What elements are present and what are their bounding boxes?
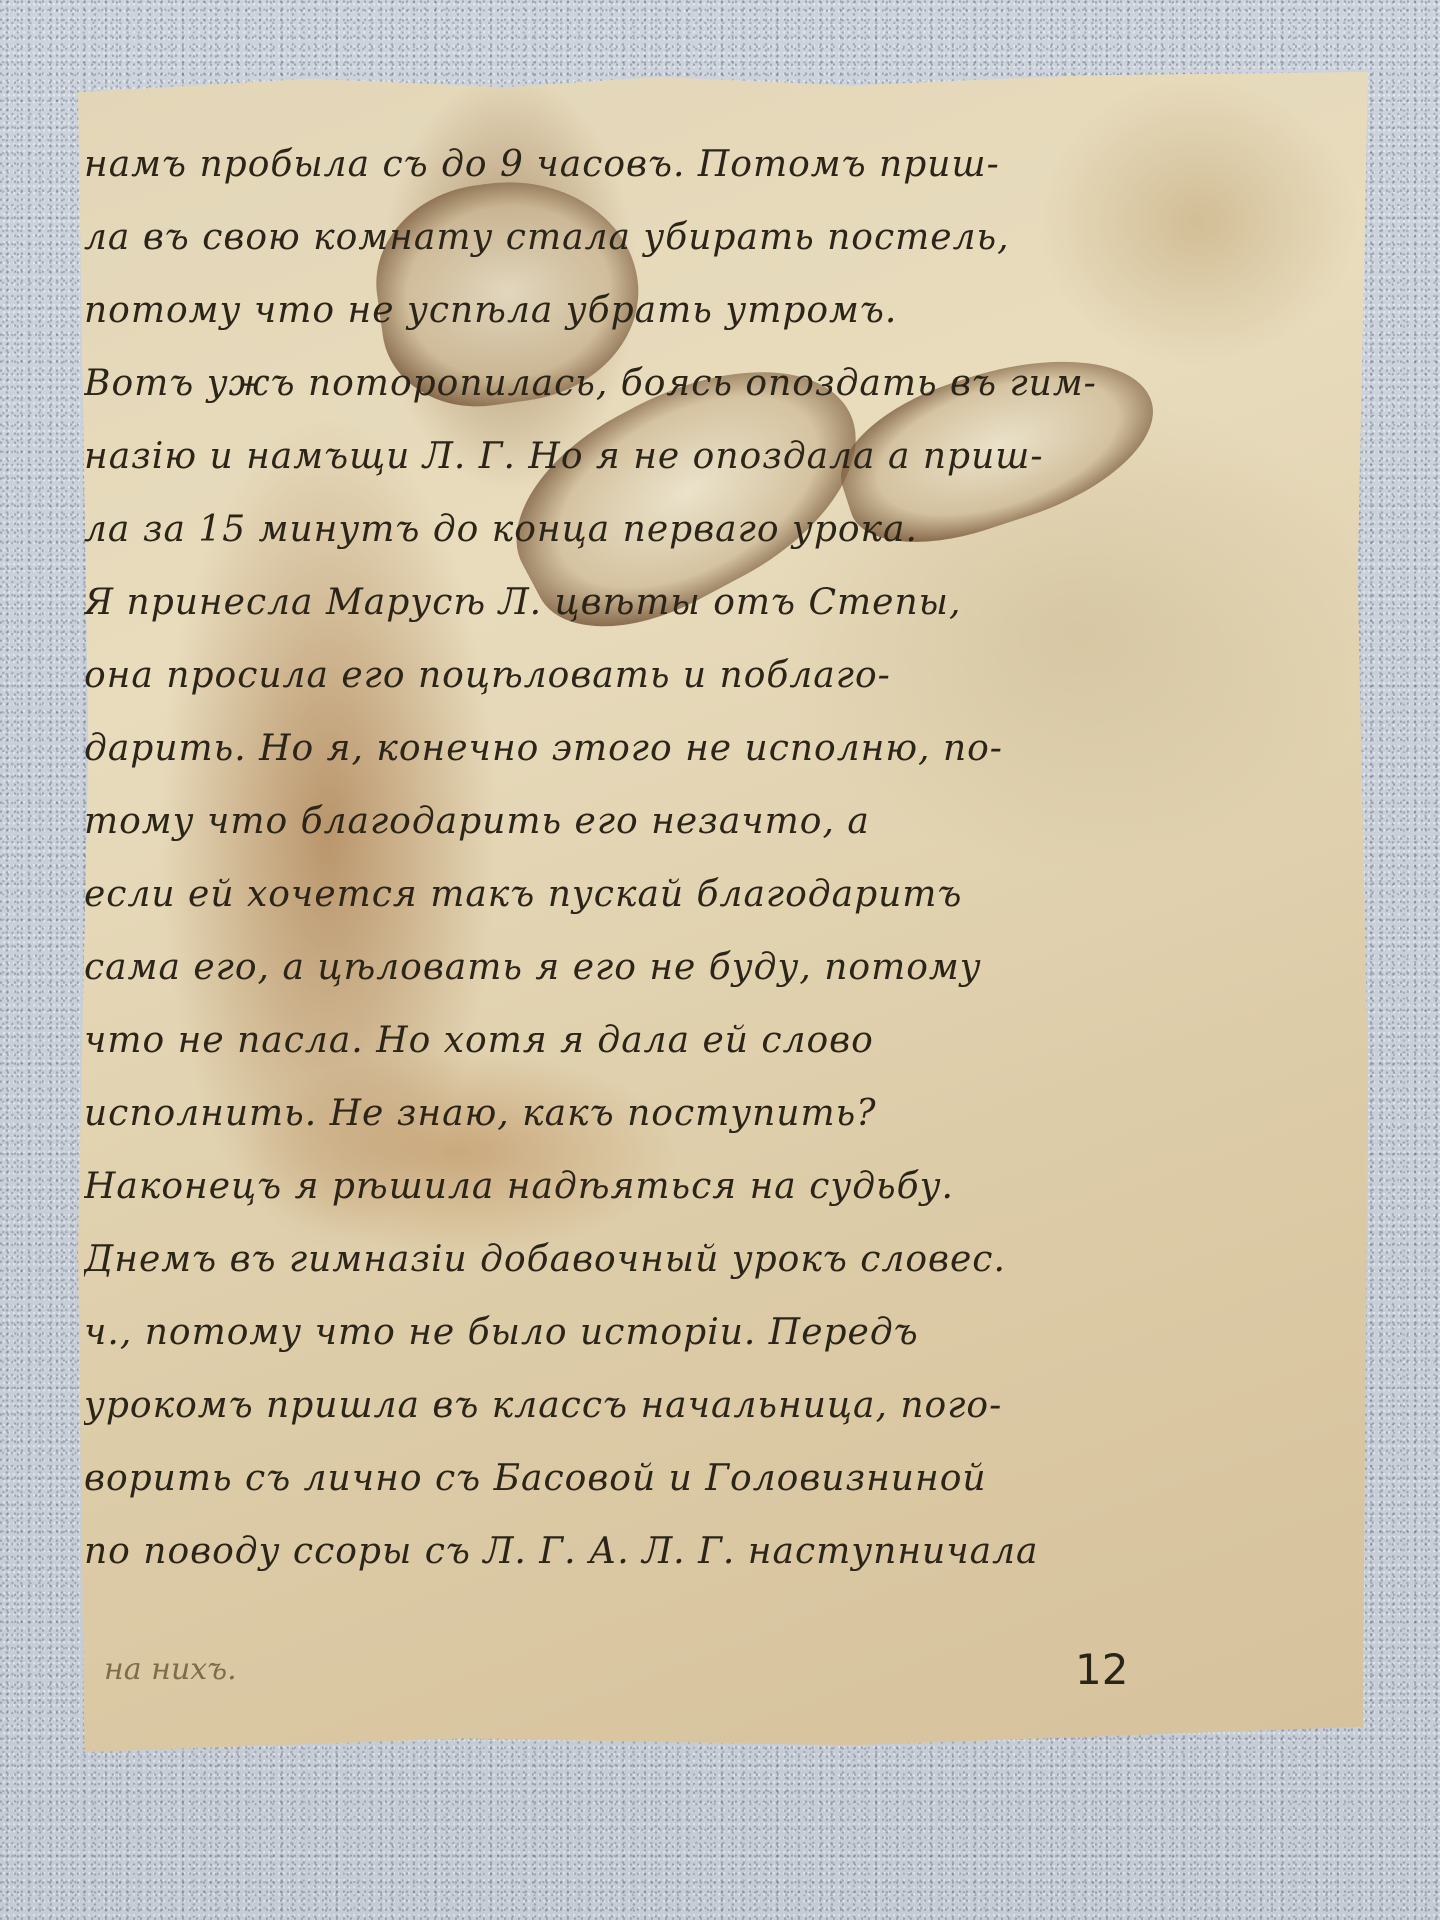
text-line: Днемъ въ гимназіи добавочный урокъ слове… <box>84 1223 1164 1296</box>
text-line: назію и намъщи Л. Г. Но я не опоздала а … <box>84 420 1164 493</box>
text-line: потому что не успѣла убрать утромъ. <box>84 274 1164 347</box>
text-line: Вотъ ужъ поторопилась, боясь опоздать въ… <box>84 347 1164 420</box>
text-line: по поводу ссоры съ Л. Г. А. Л. Г. наступ… <box>84 1515 1164 1588</box>
page-number: 12 <box>1075 1645 1128 1694</box>
text-line: ч., потому что не было исторіи. Передъ <box>84 1296 1164 1369</box>
text-line: если ей хочется такъ пускай благодаритъ <box>84 858 1164 931</box>
text-line: она просила его поцѣловать и поблаго- <box>84 639 1164 712</box>
text-line: Я принесла Марусѣ Л. цвѣты отъ Степы, <box>84 566 1164 639</box>
text-line: тому что благодарить его незачто, а <box>84 785 1164 858</box>
text-line: урокомъ пришла въ классъ начальница, пог… <box>84 1369 1164 1442</box>
text-line: дарить. Но я, конечно этого не исполню, … <box>84 712 1164 785</box>
text-line: ворить съ лично съ Басовой и Головизнино… <box>84 1442 1164 1515</box>
text-line: ла въ свою комнату стала убирать постель… <box>84 201 1164 274</box>
handwritten-text-block: намъ пробыла съ до 9 часовъ. Потомъ приш… <box>84 128 1164 1588</box>
text-line: исполнить. Не знаю, какъ поступить? <box>84 1077 1164 1150</box>
text-line: Наконецъ я рѣшила надѣяться на судьбу. <box>84 1150 1164 1223</box>
text-line: намъ пробыла съ до 9 часовъ. Потомъ приш… <box>84 128 1164 201</box>
text-line: сама его, а цѣловать я его не буду, пото… <box>84 931 1164 1004</box>
text-line: что не пасла. Но хотя я дала ей слово <box>84 1004 1164 1077</box>
footer-note: на нихъ. <box>104 1652 237 1687</box>
text-line: ла за 15 минутъ до конца перваго урока. <box>84 493 1164 566</box>
